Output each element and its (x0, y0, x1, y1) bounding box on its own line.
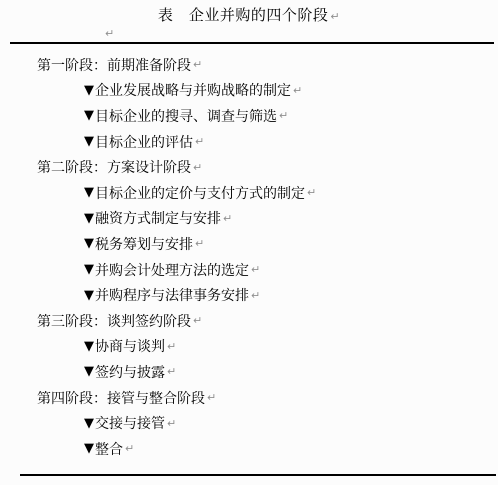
list-item: ▼企业发展战略与并购战略的制定↵ (0, 78, 498, 104)
stage-heading: 第一阶段：前期准备阶段↵ (0, 52, 498, 78)
list-item-text: 协商与谈判 (95, 336, 165, 356)
list-item: ▼签约与披露↵ (0, 359, 498, 385)
list-item-text: 签约与披露 (95, 362, 165, 382)
triangle-bullet-icon: ▼ (84, 339, 94, 354)
list-item-text: 企业发展战略与并购战略的制定 (95, 80, 291, 100)
list-item: ▼协商与谈判↵ (0, 334, 498, 360)
list-item: ▼税务筹划与安排↵ (0, 231, 498, 257)
paragraph-mark-icon: ↵ (223, 212, 232, 225)
triangle-bullet-icon: ▼ (84, 364, 94, 379)
triangle-bullet-icon: ▼ (84, 236, 94, 251)
list-item: ▼并购会计处理方法的选定↵ (0, 257, 498, 283)
list-item: ▼目标企业的定价与支付方式的制定↵ (0, 180, 498, 206)
triangle-bullet-icon: ▼ (84, 134, 94, 149)
list-item: ▼目标企业的评估↵ (0, 129, 498, 155)
list-item-text: 交接与接管 (95, 413, 165, 433)
paragraph-mark-icon: ↵ (279, 109, 288, 122)
stage-heading: 第二阶段：方案设计阶段↵ (0, 154, 498, 180)
triangle-bullet-icon: ▼ (84, 83, 94, 98)
paragraph-mark-icon: ↵ (251, 289, 260, 302)
paragraph-mark-icon: ↵ (193, 314, 202, 327)
table-title: 表 企业并购的四个阶段↵ (0, 7, 498, 26)
paragraph-mark-icon: ↵ (251, 263, 260, 276)
list-item: ▼整合↵ (0, 436, 498, 462)
document-page: 表 企业并购的四个阶段↵ ↵ 第一阶段：前期准备阶段↵ ▼企业发展战略与并购战略… (0, 0, 498, 485)
table-title-text: 表 企业并购的四个阶段 (158, 8, 329, 24)
list-item-text: 目标企业的搜寻、调查与筛选 (95, 106, 277, 126)
stage-heading-text: 第三阶段：谈判签约阶段 (37, 311, 191, 331)
triangle-bullet-icon: ▼ (84, 108, 94, 123)
paragraph-mark-icon: ↵ (167, 340, 176, 353)
stage-heading: 第三阶段：谈判签约阶段↵ (0, 308, 498, 334)
list-item-text: 并购程序与法律事务安排 (95, 285, 249, 305)
list-item: ▼交接与接管↵ (0, 410, 498, 436)
paragraph-mark-icon: ↵ (193, 161, 202, 174)
triangle-bullet-icon: ▼ (84, 211, 94, 226)
triangle-bullet-icon: ▼ (84, 185, 94, 200)
stage-heading-text: 第四阶段：接管与整合阶段 (37, 388, 205, 408)
bottom-horizontal-rule (20, 474, 496, 476)
top-horizontal-rule (10, 42, 494, 44)
paragraph-mark-icon: ↵ (207, 391, 216, 404)
stage-heading-text: 第一阶段：前期准备阶段 (37, 55, 191, 75)
list-item-text: 并购会计处理方法的选定 (95, 260, 249, 280)
paragraph-mark-icon: ↵ (330, 10, 340, 23)
list-item: ▼融资方式制定与安排↵ (0, 206, 498, 232)
list-item-text: 整合 (95, 439, 123, 459)
stage-heading: 第四阶段：接管与整合阶段↵ (0, 385, 498, 411)
paragraph-mark-icon: ↵ (307, 186, 316, 199)
list-item-text: 融资方式制定与安排 (95, 208, 221, 228)
stage-list: 第一阶段：前期准备阶段↵ ▼企业发展战略与并购战略的制定↵ ▼目标企业的搜寻、调… (0, 52, 498, 462)
paragraph-mark-icon: ↵ (293, 84, 302, 97)
paragraph-mark-icon: ↵ (167, 365, 176, 378)
paragraph-mark-icon: ↵ (167, 417, 176, 430)
list-item-text: 目标企业的定价与支付方式的制定 (95, 183, 305, 203)
triangle-bullet-icon: ▼ (84, 288, 94, 303)
paragraph-mark-icon: ↵ (195, 237, 204, 250)
paragraph-mark-icon: ↵ (193, 58, 202, 71)
list-item: ▼目标企业的搜寻、调查与筛选↵ (0, 103, 498, 129)
list-item: ▼并购程序与法律事务安排↵ (0, 282, 498, 308)
list-item-text: 税务筹划与安排 (95, 234, 193, 254)
paragraph-mark-icon: ↵ (125, 442, 134, 455)
paragraph-mark-icon: ↵ (195, 135, 204, 148)
triangle-bullet-icon: ▼ (84, 441, 94, 456)
stage-heading-text: 第二阶段：方案设计阶段 (37, 157, 191, 177)
paragraph-mark-icon: ↵ (105, 27, 114, 40)
triangle-bullet-icon: ▼ (84, 416, 94, 431)
list-item-text: 目标企业的评估 (95, 132, 193, 152)
triangle-bullet-icon: ▼ (84, 262, 94, 277)
